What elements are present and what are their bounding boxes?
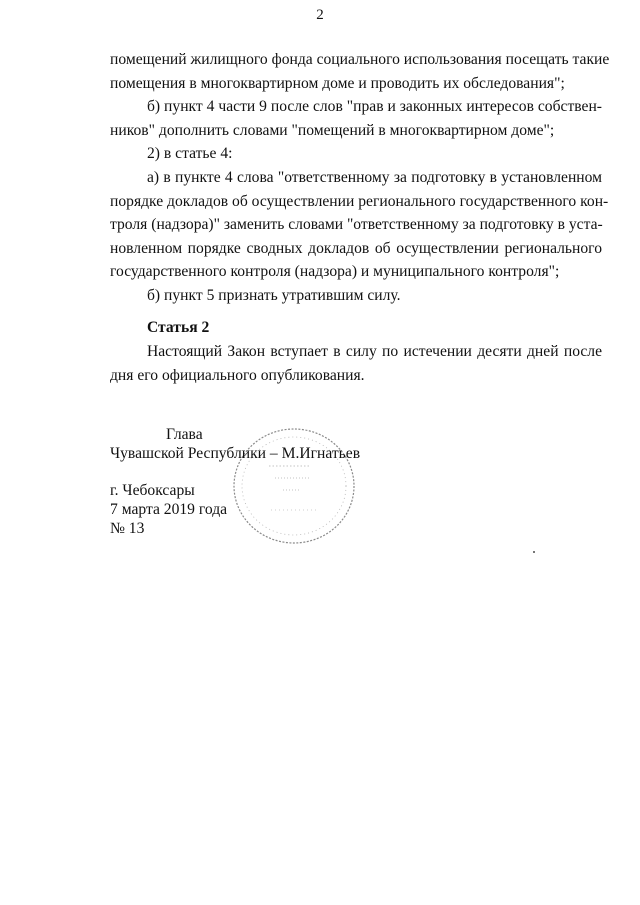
text-line: б) пункт 4 части 9 после слов "прав и за… <box>110 95 602 119</box>
text-line: государственного контроля (надзора) и му… <box>110 260 602 284</box>
text-line: а) в пункте 4 слова "ответственному за п… <box>110 166 602 190</box>
signing-date: 7 марта 2019 года <box>110 500 227 519</box>
signatory-title: Глава <box>166 425 203 444</box>
signatory-name: Чувашской Республики – М.Игнатьев <box>110 444 360 463</box>
article-body: Настоящий Закон вступает в силу по истеч… <box>110 340 602 387</box>
text-line: дня его официального опубликования. <box>110 364 602 388</box>
text-line: помещений жилищного фонда социального ис… <box>110 48 602 72</box>
text-line: Настоящий Закон вступает в силу по истеч… <box>110 340 602 364</box>
scan-speck <box>533 551 535 553</box>
text-line: порядке докладов об осуществлении регион… <box>110 190 602 214</box>
article-heading: Статья 2 <box>147 318 209 338</box>
text-line: новленном порядке сводных докладов об ос… <box>110 237 602 261</box>
document-body: помещений жилищного фонда социального ис… <box>110 48 602 308</box>
text-line: б) пункт 5 признать утратившим силу. <box>110 284 602 308</box>
signing-place: г. Чебоксары <box>110 481 195 500</box>
text-line: 2) в статье 4: <box>110 142 602 166</box>
page-number: 2 <box>0 6 640 24</box>
law-number: № 13 <box>110 519 144 538</box>
text-line: ников" дополнить словами "помещений в мн… <box>110 119 602 143</box>
text-line: помещения в многоквартирном доме и прово… <box>110 72 602 96</box>
text-line: троля (надзора)" заменить словами "ответ… <box>110 213 602 237</box>
